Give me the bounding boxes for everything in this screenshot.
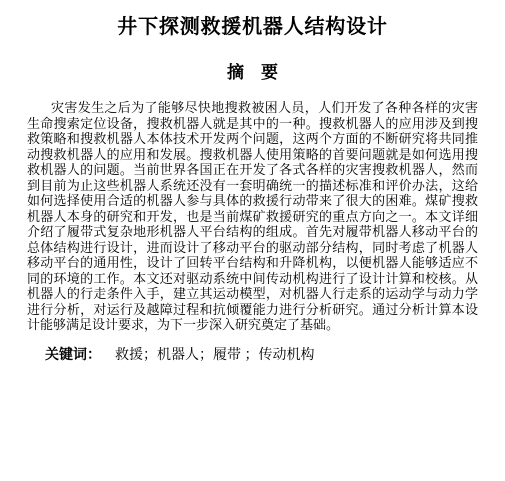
keywords-label: 关键词： [45,348,101,363]
keywords-row: 关键词：救援；机器人；履带 ；传动机构 [27,347,478,364]
document-page: 井下探测救援机器人结构设计 摘 要 灾害发生之后为了能够尽快地搜救被困人员，人们… [0,0,505,481]
keywords-text: 救援；机器人；履带 ；传动机构 [115,348,315,363]
abstract-paragraph: 灾害发生之后为了能够尽快地搜救被困人员，人们开发了各种各样的灾害生命搜索定位设备… [27,100,478,333]
document-title: 井下探测救援机器人结构设计 [0,0,505,40]
abstract-heading: 摘 要 [0,62,505,84]
